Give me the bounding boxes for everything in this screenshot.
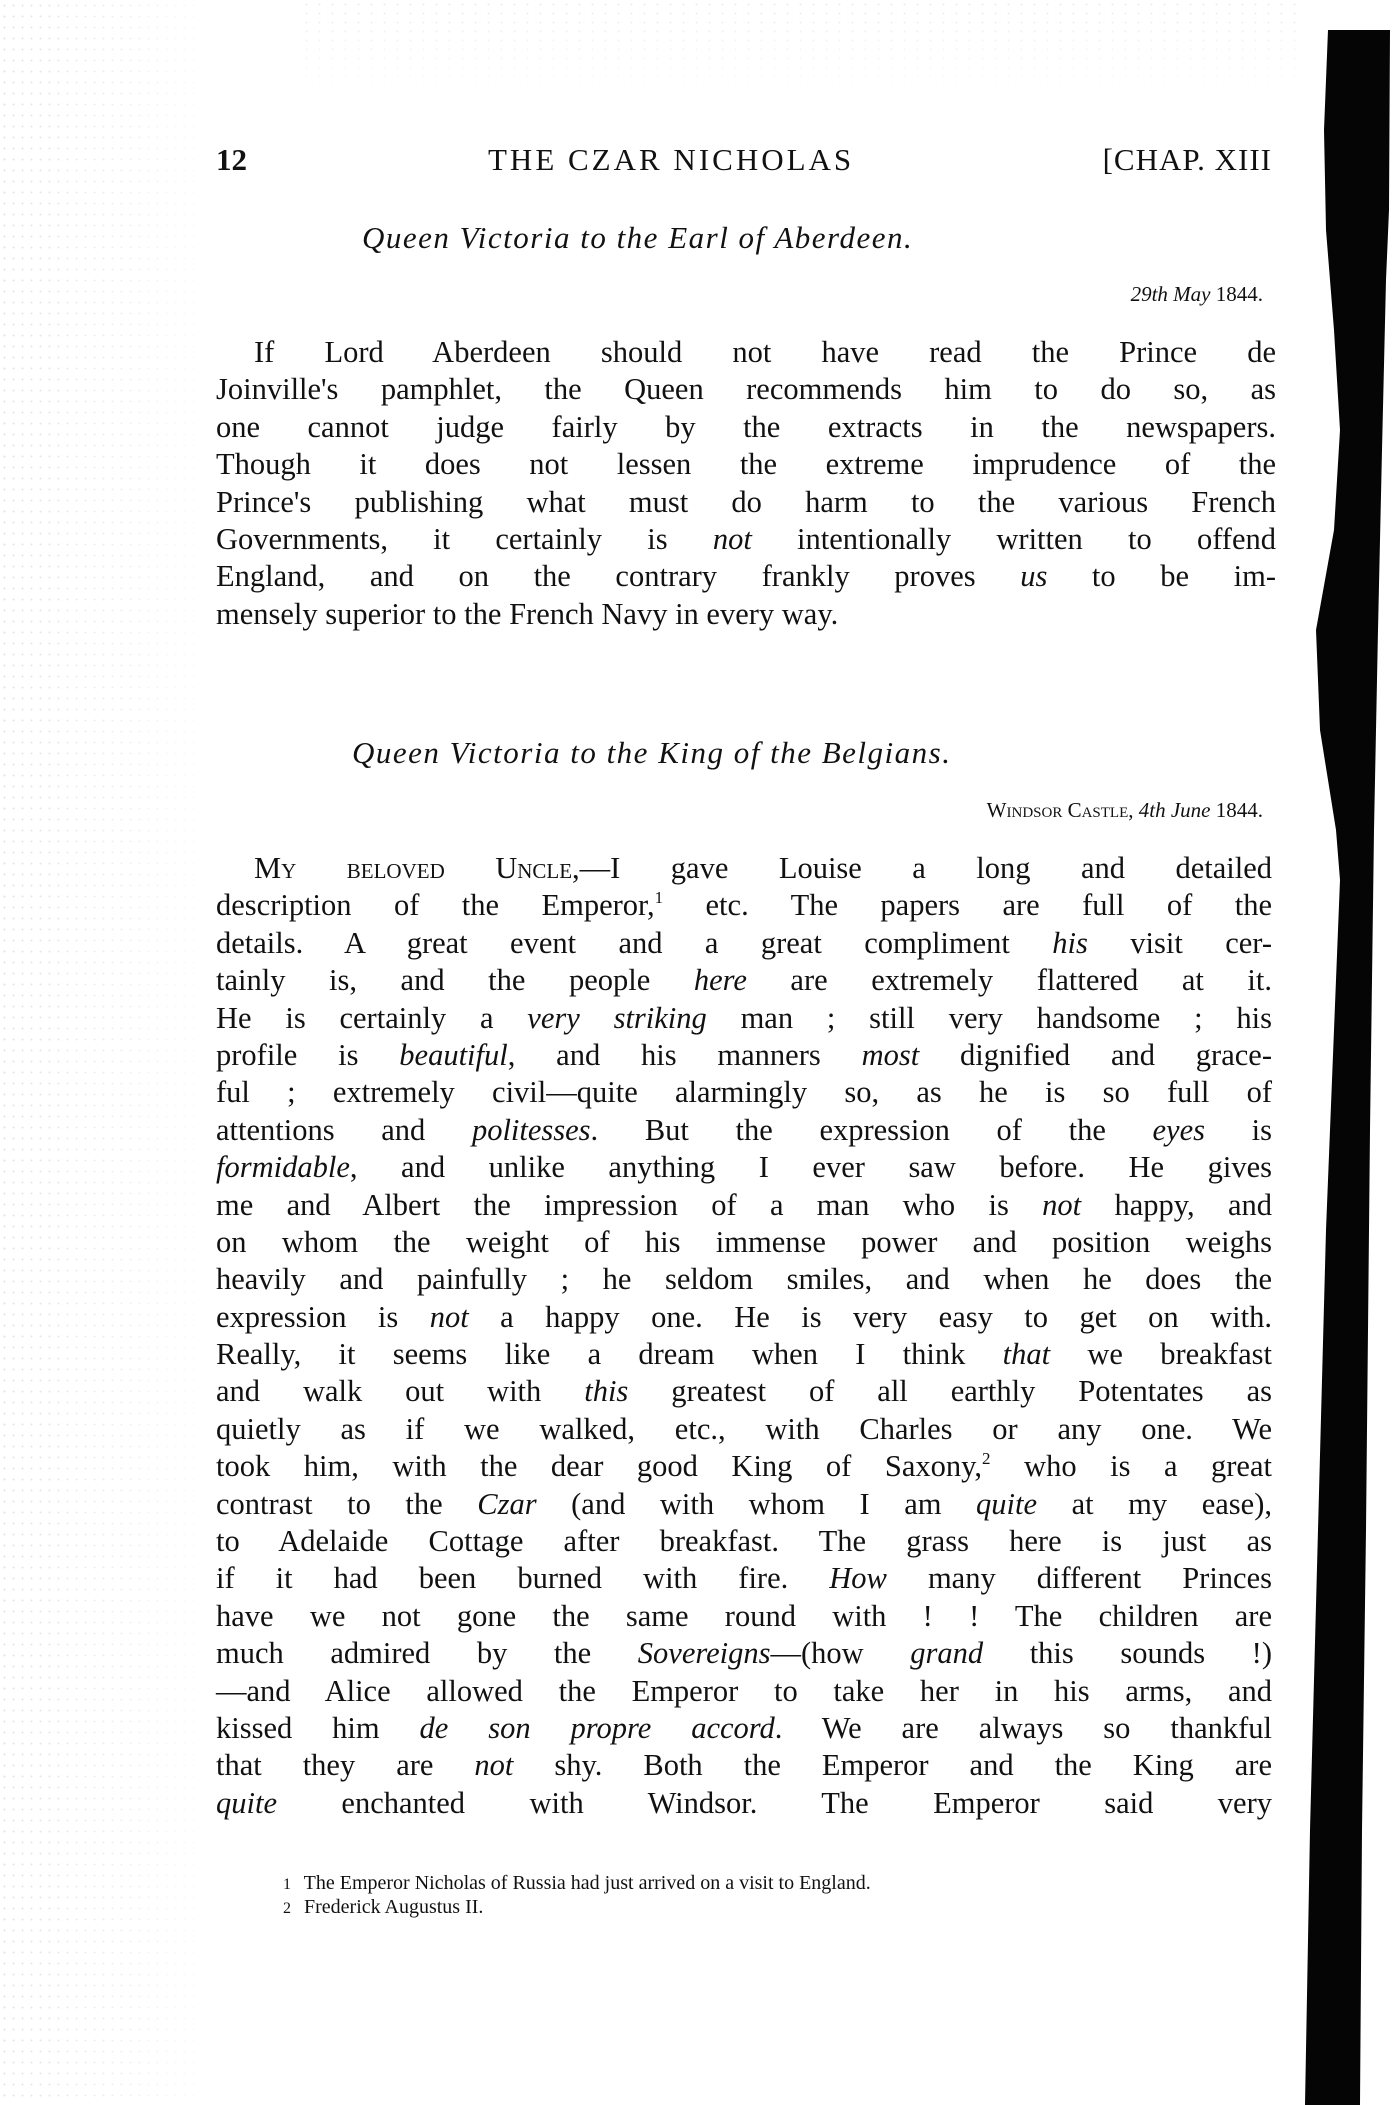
text-line: attentions and politesses. But the expre… <box>216 1112 1272 1149</box>
text-line: if it had been burned with fire. How man… <box>216 1560 1272 1597</box>
text-line: profile is beautiful, and his manners mo… <box>216 1037 1272 1074</box>
footnote-ref: 2 <box>982 1449 991 1468</box>
letter-dateline: Windsor Castle, 4th June 1844. <box>987 798 1263 823</box>
text-line: tainly is, and the people here are extre… <box>216 962 1272 999</box>
text-line: —and Alice allowed the Emperor to take h… <box>216 1673 1272 1710</box>
text-line: ful ; extremely civil—quite alarmingly s… <box>216 1074 1272 1111</box>
dateline-year: 1844. <box>1216 798 1263 822</box>
text-line: have we not gone the same round with ! !… <box>216 1598 1272 1635</box>
text-line: on whom the weight of his immense power … <box>216 1224 1272 1261</box>
footnote: 1 The Emperor Nicholas of Russia had jus… <box>283 1872 871 1896</box>
dateline-year: 1844. <box>1216 282 1263 306</box>
text-line: Joinville's pamphlet, the Queen recommen… <box>216 371 1276 408</box>
letter-body: My beloved Uncle,—I gave Louise a long a… <box>216 850 1272 1822</box>
letter-heading: Queen Victoria to the Earl of Aberdeen. <box>362 220 913 256</box>
running-title: THE CZAR NICHOLAS <box>488 142 854 178</box>
text-line: one cannot judge fairly by the extracts … <box>216 409 1276 446</box>
text-line: details. A great event and a great compl… <box>216 925 1272 962</box>
scan-noise-left <box>0 0 230 2105</box>
text-line: He is certainly a very striking man ; st… <box>216 1000 1272 1037</box>
text-line: kissed him de son propre accord. We are … <box>216 1710 1272 1747</box>
text-line: England, and on the contrary frankly pro… <box>216 558 1276 595</box>
text-line: contrast to the Czar (and with whom I am… <box>216 1486 1272 1523</box>
scan-noise-top <box>300 0 1300 110</box>
footnotes: 1 The Emperor Nicholas of Russia had jus… <box>283 1872 871 1920</box>
text-line: description of the Emperor,1 etc. The pa… <box>216 887 1272 924</box>
text-line: heavily and painfully ; he seldom smiles… <box>216 1261 1272 1298</box>
letter-body: If Lord Aberdeen should not have read th… <box>216 334 1276 633</box>
running-head: 12 THE CZAR NICHOLAS [CHAP. XIII <box>216 142 1272 182</box>
dateline-place: Windsor Castle, <box>987 798 1134 822</box>
text-line: quite enchanted with Windsor. The Empero… <box>216 1785 1272 1822</box>
text-line: formidable, and unlike anything I ever s… <box>216 1149 1272 1186</box>
footnote-text: The Emperor Nicholas of Russia had just … <box>304 1872 871 1894</box>
dateline-date: 4th June <box>1139 798 1211 822</box>
text-line: mensely superior to the French Navy in e… <box>216 596 1276 633</box>
dateline-date: 29th May <box>1131 282 1211 306</box>
footnote-number: 1 <box>283 1873 299 1896</box>
text-line: Governments, it certainly is not intenti… <box>216 521 1276 558</box>
text-line: took him, with the dear good King of Sax… <box>216 1448 1272 1485</box>
book-page: 12 THE CZAR NICHOLAS [CHAP. XIII Queen V… <box>0 0 1399 2105</box>
binding-shadow <box>1290 30 1399 2105</box>
text-line: Really, it seems like a dream when I thi… <box>216 1336 1272 1373</box>
text-line: If Lord Aberdeen should not have read th… <box>216 334 1276 371</box>
text-line: and walk out with this greatest of all e… <box>216 1373 1272 1410</box>
salutation: My beloved Uncle, <box>254 851 580 885</box>
letter-heading: Queen Victoria to the King of the Belgia… <box>352 735 951 771</box>
chapter-label: [CHAP. XIII <box>1103 142 1272 178</box>
page-number: 12 <box>216 142 247 178</box>
text-line: expression is not a happy one. He is ver… <box>216 1299 1272 1336</box>
text-line: that they are not shy. Both the Emperor … <box>216 1747 1272 1784</box>
footnote-text: Frederick Augustus II. <box>304 1896 483 1918</box>
text-line: Though it does not lessen the extreme im… <box>216 446 1276 483</box>
text-line: me and Albert the impression of a man wh… <box>216 1187 1272 1224</box>
text-line: much admired by the Sovereigns—(how gran… <box>216 1635 1272 1672</box>
text-line: quietly as if we walked, etc., with Char… <box>216 1411 1272 1448</box>
letter-dateline: 29th May 1844. <box>1131 282 1263 307</box>
footnote: 2 Frederick Augustus II. <box>283 1896 871 1920</box>
text-line: to Adelaide Cottage after breakfast. The… <box>216 1523 1272 1560</box>
text-line: My beloved Uncle,—I gave Louise a long a… <box>216 850 1272 887</box>
footnote-ref: 1 <box>655 888 664 907</box>
text-line: Prince's publishing what must do harm to… <box>216 484 1276 521</box>
footnote-number: 2 <box>283 1897 299 1920</box>
